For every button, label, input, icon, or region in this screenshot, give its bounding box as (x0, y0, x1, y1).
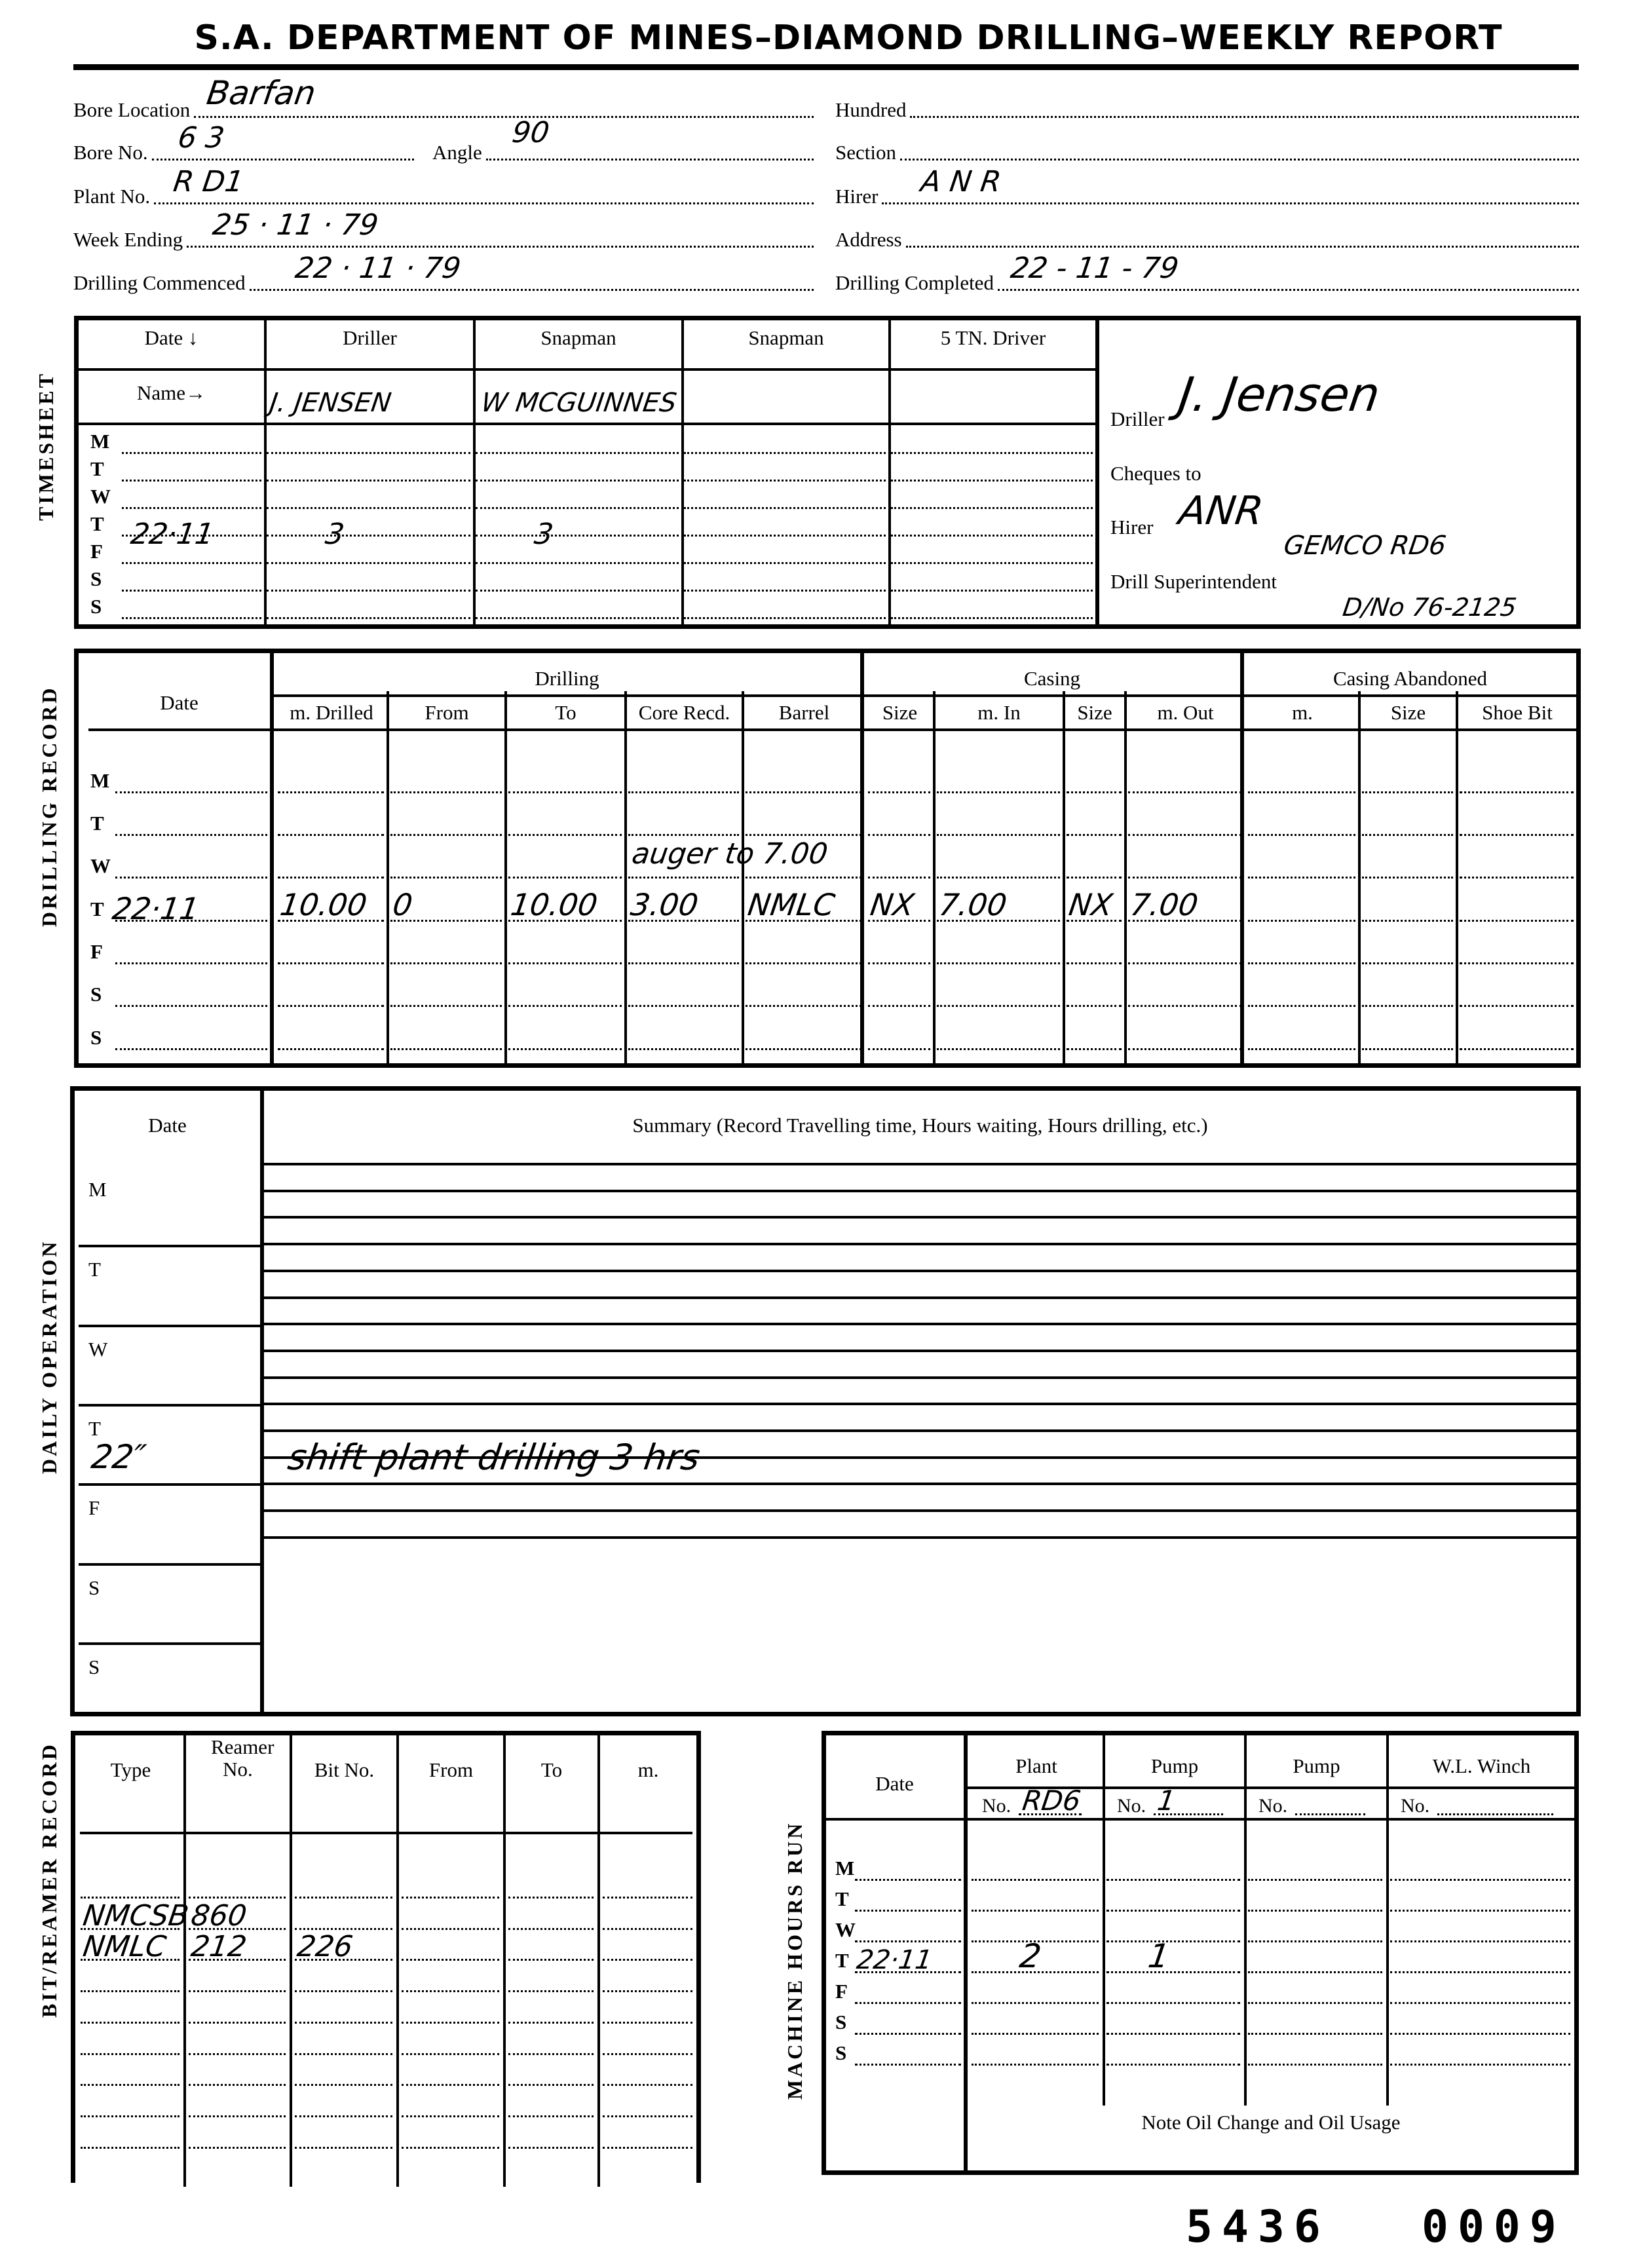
br-cell-line (603, 1928, 692, 1930)
mh-col-header: Pump (1105, 1754, 1244, 1778)
dr-cell-line (868, 1005, 930, 1007)
dr-cell-line (1362, 791, 1453, 793)
br-cell-line (295, 2115, 392, 2117)
dr-cell[interactable]: NX (1067, 887, 1115, 922)
mh-cell-line (1248, 1910, 1382, 1912)
serial-right: 0009 (1422, 2201, 1566, 2253)
dr-cell-line (508, 791, 622, 793)
dr-col-header: Core Recd. (627, 701, 742, 725)
dr-cell-line (868, 877, 930, 879)
dr-cell-line (746, 962, 861, 964)
mh-date-line (855, 1940, 961, 1942)
mh-date-line (855, 1879, 961, 1881)
ts-cell-line (267, 480, 470, 482)
mh-cell-line (1248, 2064, 1382, 2066)
dr-cell-line (1460, 920, 1574, 922)
dr-cell-line (746, 834, 861, 836)
br-cell-line (402, 1897, 499, 1899)
mh-cell-line (1248, 2002, 1382, 2004)
br-cell-line (295, 2053, 392, 2055)
dr-cell-line (1128, 791, 1241, 793)
section-field[interactable]: Section (835, 134, 1579, 166)
ts-day-label: M (90, 430, 109, 453)
ts-day-label: W (90, 485, 111, 508)
br-cell-line (402, 2022, 499, 2024)
address-field[interactable]: Address (835, 221, 1579, 253)
drilling-completed-label: Drilling Completed (835, 271, 994, 296)
br-cell-line (81, 1897, 180, 1899)
page-title: S.A. DEPARTMENT OF MINES–DIAMOND DRILLIN… (154, 18, 1543, 58)
ts-cell-line (476, 590, 679, 592)
mh-day-label: M (835, 1857, 854, 1880)
dr-cell[interactable]: NMLC (746, 887, 837, 922)
dr-cell-line (1248, 920, 1355, 922)
br-col-header: From (399, 1759, 503, 1781)
br-cell-line (508, 1959, 594, 1961)
mh-date-line (855, 2033, 961, 2035)
dr-cell-line (508, 834, 622, 836)
dr-cell-line (390, 962, 502, 964)
ts-cell-line (267, 590, 470, 592)
driller-signature[interactable]: J. Jensen (1175, 367, 1383, 422)
dr-cell-line (278, 877, 384, 879)
ts-day-label: S (90, 595, 102, 618)
dr-cell-line (628, 1048, 739, 1050)
dr-cell-line (390, 834, 502, 836)
br-cell-line (295, 2022, 392, 2024)
dr-cell-line (1362, 877, 1453, 879)
br-cell-line (402, 1990, 499, 1992)
dr-cell-line (1248, 877, 1355, 879)
dr-cell-line (1128, 962, 1241, 964)
dr-cell[interactable]: 3.00 (628, 887, 700, 922)
mh-date[interactable]: 22·11 (855, 1945, 934, 1975)
do-summary-line (264, 1216, 1576, 1219)
dr-cell-line (1248, 791, 1355, 793)
bore-no-value: 6 3 (176, 121, 226, 155)
mh-cell-line (1390, 2033, 1570, 2035)
ts-col-date: Date ↓ (79, 326, 264, 350)
dr-day-label: S (90, 983, 102, 1006)
br-cell-line (603, 1990, 692, 1992)
mh-col-header: Pump (1247, 1754, 1386, 1778)
ts-cell-line (476, 535, 679, 537)
mh-cell-line (1390, 1940, 1570, 1942)
ts-cell-line (476, 452, 679, 454)
do-summary-line (264, 1429, 1576, 1432)
dr-date-line (115, 877, 267, 879)
dr-cell-line (1248, 1048, 1355, 1050)
dr-annotation: auger to 7.00 (630, 837, 829, 871)
dr-cell-line (278, 1048, 384, 1050)
do-col-date: Date (75, 1114, 260, 1137)
ts-cell-line (684, 480, 886, 482)
mh-day-label: F (835, 1980, 848, 2003)
br-col-divider (183, 1735, 186, 2187)
mh-day-label: S (835, 2011, 846, 2034)
br-col-header: Type (78, 1759, 183, 1781)
ts-cell-line (267, 452, 470, 454)
ts-cell-line (684, 535, 886, 537)
do-col-summary: Summary (Record Travelling time, Hours w… (264, 1114, 1576, 1137)
do-day-label: M (88, 1178, 107, 1201)
br-cell-line (508, 2084, 594, 2086)
br-cell-line (603, 2147, 692, 2149)
dr-cell-line (937, 962, 1060, 964)
br-col-divider (290, 1735, 292, 2187)
br-col-divider (503, 1735, 506, 2187)
do-summary-line (264, 1536, 1576, 1539)
ts-day-label: S (90, 567, 102, 591)
mh-cell-line (1106, 2002, 1240, 2004)
dr-cell-line (868, 1048, 930, 1050)
mh-no-label: No. (982, 1795, 1011, 1817)
bore-location-value: Barfan (204, 74, 318, 112)
mh-col-header: Plant (970, 1754, 1103, 1778)
br-cell-line (189, 1897, 286, 1899)
br-cell-line (295, 2084, 392, 2086)
dr-col-header: To (507, 701, 624, 725)
br-cell-line (508, 2053, 594, 2055)
dr-day-label: M (90, 769, 109, 793)
br-cell-line (508, 1897, 594, 1899)
do-summary-line (264, 1350, 1576, 1352)
dr-cell-line (508, 1005, 622, 1007)
dr-cell-line (1362, 920, 1453, 922)
ts-cell-line (267, 535, 470, 537)
dr-cell-line (1067, 962, 1122, 964)
dr-col-header: Size (867, 701, 933, 725)
dr-cell-line (1460, 1005, 1574, 1007)
drilling-commenced-label: Drilling Commenced (73, 271, 246, 296)
br-cell[interactable]: NMLC (81, 1930, 168, 1963)
mh-cell-line (1106, 1879, 1240, 1881)
dr-day-label: W (90, 854, 111, 878)
drilling-commenced-value: 22 · 11 · 79 (293, 252, 463, 285)
ts-name-snapman-1[interactable]: W MCGUINNES (480, 388, 679, 418)
dr-date-line (115, 962, 267, 964)
ts-cell-line (891, 480, 1093, 482)
angle-value: 90 (510, 116, 551, 149)
machine-hours-side-label: MACHINE HOURS RUN (783, 1821, 807, 2100)
hundred-field[interactable]: Hundred (835, 92, 1579, 123)
mh-no-line (1437, 1813, 1553, 1815)
dr-cell[interactable]: 10.00 (278, 887, 369, 922)
do-date[interactable]: 22″ (89, 1438, 148, 1476)
ts-cell-line (476, 562, 679, 564)
ts-cell-line (684, 507, 886, 509)
dr-day-label: T (90, 898, 104, 921)
br-cell-line (81, 1990, 180, 1992)
dr-cell-line (278, 791, 384, 793)
dr-cell-line (1460, 877, 1574, 879)
angle-label: Angle (432, 141, 482, 166)
do-date-divider (79, 1483, 260, 1486)
br-col-header: To (506, 1759, 597, 1781)
br-cell-line (81, 2115, 180, 2117)
dr-cell-line (1248, 962, 1355, 964)
ts-cell-line (684, 452, 886, 454)
dr-cell[interactable]: 7.00 (1128, 887, 1200, 922)
mh-cell-line (972, 1879, 1099, 1881)
ts-driller-label: Driller (1110, 407, 1165, 431)
ts-cell-line (891, 590, 1093, 592)
dr-group-drilling: Drilling (274, 667, 860, 690)
dr-cell-line (937, 1048, 1060, 1050)
dr-cell-line (508, 962, 622, 964)
mh-cell-line (1106, 2064, 1240, 2066)
dr-cell-line (1460, 791, 1574, 793)
dr-cell-line (1128, 834, 1241, 836)
dr-col-header: m. Drilled (276, 701, 387, 725)
dr-cell-line (628, 791, 739, 793)
dr-cell-line (1362, 962, 1453, 964)
mh-no-line (1295, 1813, 1365, 1815)
dr-cell-line (390, 877, 502, 879)
do-date-divider (79, 1563, 260, 1566)
dr-cell-line (1362, 1048, 1453, 1050)
br-cell-line (295, 1897, 392, 1899)
do-summary-line (264, 1163, 1576, 1165)
mh-day-label: T (835, 1949, 849, 1973)
ts-day-label: T (90, 457, 104, 481)
mh-cell-line (1248, 1879, 1382, 1881)
hirer-field[interactable]: Hirer A N R (835, 178, 1579, 210)
mh-cell-line (972, 2064, 1099, 2066)
do-summary-line (264, 1243, 1576, 1245)
do-summary-line (264, 1296, 1576, 1299)
dr-cell-line (746, 1048, 861, 1050)
ts-cell-line (891, 617, 1093, 619)
drilling-completed-value: 22 - 11 - 79 (1008, 252, 1181, 285)
mh-no-value[interactable]: RD6 (1021, 1785, 1083, 1817)
mh-cell-line (1390, 1971, 1570, 1973)
ts-hirer-label: Hirer (1110, 516, 1153, 539)
br-cell-line (402, 1928, 499, 1930)
dr-cell-line (278, 834, 384, 836)
bit-reamer-side-label: BIT/REAMER RECORD (37, 1742, 62, 2018)
dr-date[interactable]: 22·11 (110, 891, 201, 926)
ts-col-snapman-2: Snapman (684, 326, 888, 350)
do-summary-line (264, 1403, 1576, 1405)
mh-footer-note: Note Oil Change and Oil Usage (968, 2111, 1574, 2134)
br-cell-line (603, 1897, 692, 1899)
dr-date-line (115, 1048, 267, 1050)
dr-col-header: m. (1247, 701, 1358, 725)
daily-operation-box (70, 1086, 1581, 1716)
dr-cell-line (390, 791, 502, 793)
bore-no-field[interactable]: Bore No. 6 3 (73, 134, 414, 166)
br-cell-line (81, 2147, 180, 2149)
ts-name-driller[interactable]: J. JENSEN (268, 388, 393, 418)
machine-hours-box (822, 1731, 1579, 2175)
dr-cell-line (1362, 1005, 1453, 1007)
br-cell-line (508, 1990, 594, 1992)
br-cell-line (189, 2147, 286, 2149)
serial-left: 5436 (1186, 2201, 1330, 2253)
timesheet-box (74, 316, 1581, 629)
ts-col-driver: 5 TN. Driver (891, 326, 1095, 350)
dr-cell-line (390, 1005, 502, 1007)
br-cell-line (295, 1990, 392, 1992)
dr-cell[interactable]: NX (868, 887, 917, 922)
dr-cell-line (508, 1048, 622, 1050)
dr-cell-line (1067, 791, 1122, 793)
ts-hirer-note: GEMCO RD6 (1282, 531, 1448, 561)
dr-cell-line (508, 877, 622, 879)
dr-date-line (115, 1005, 267, 1007)
hirer-value: A N R (919, 165, 1004, 198)
br-cell-line (295, 2147, 392, 2149)
ts-cell-line (891, 452, 1093, 454)
section-label: Section (835, 141, 896, 166)
ts-superintendent-label: Drill Superintendent (1110, 570, 1277, 594)
plant-no-value: R D1 (172, 165, 246, 198)
br-cell-line (81, 2022, 180, 2024)
angle-field[interactable]: Angle 90 (432, 134, 814, 166)
br-cell-line (402, 1959, 499, 1961)
br-cell-line (402, 2053, 499, 2055)
dr-group-casing: Casing (864, 667, 1240, 690)
dr-col-header: Shoe Bit (1458, 701, 1576, 725)
ts-cell-line (267, 617, 470, 619)
mh-col-date: Date (825, 1772, 964, 1796)
mh-cell-line (1106, 1971, 1240, 1973)
ts-name-label: Name→ (79, 381, 264, 405)
ts-cell-line (891, 535, 1093, 537)
dr-cell-line (1067, 877, 1122, 879)
br-cell-line (189, 2115, 286, 2117)
dr-cell-line (1067, 1005, 1122, 1007)
dr-cell-line (1128, 1048, 1241, 1050)
dr-cell-line (1460, 834, 1574, 836)
mh-day-label: T (835, 1887, 849, 1911)
plant-no-field[interactable]: Plant No. R D1 (73, 178, 814, 210)
week-ending-value: 25 · 11 · 79 (211, 208, 381, 242)
hirer-label: Hirer (835, 185, 878, 210)
dr-col-header: From (389, 701, 504, 725)
do-day-label: W (88, 1338, 107, 1361)
do-summary-line (264, 1323, 1576, 1325)
br-cell-line (189, 2022, 286, 2024)
mh-day-label: W (835, 1918, 856, 1942)
dr-cell-line (628, 962, 739, 964)
br-cell[interactable]: 212 (189, 1930, 248, 1963)
dr-cell-line (390, 1048, 502, 1050)
mh-cell-line (1106, 2033, 1240, 2035)
mh-cell-line (972, 2002, 1099, 2004)
dr-col-header: Barrel (744, 701, 864, 725)
drilling-commenced-field[interactable]: Drilling Commenced 22 · 11 · 79 (73, 265, 814, 296)
do-summary-line (264, 1483, 1576, 1485)
mh-no-label: No. (1117, 1795, 1146, 1817)
dr-cell-line (1067, 1048, 1122, 1050)
mh-cell-line (972, 1910, 1099, 1912)
br-cell-line (603, 2053, 692, 2055)
br-cell-line (603, 2022, 692, 2024)
ts-cell-line (891, 562, 1093, 564)
mh-cell-line (1390, 1910, 1570, 1912)
dr-cell-line (1128, 1005, 1241, 1007)
ts-cell-line (122, 480, 261, 482)
dr-cell-line (868, 791, 930, 793)
do-summary-line (264, 1509, 1576, 1512)
ts-cell-line (267, 562, 470, 564)
ts-cell-line (267, 507, 470, 509)
drilling-completed-field[interactable]: Drilling Completed 22 - 11 - 79 (835, 265, 1579, 296)
br-col-divider (396, 1735, 399, 2187)
br-cell[interactable]: 860 (189, 1899, 248, 1933)
mh-no-label: No. (1258, 1795, 1287, 1817)
mh-date-line (855, 2002, 961, 2004)
mh-cell-line (1390, 2002, 1570, 2004)
br-cell-line (508, 1928, 594, 1930)
ts-col-snapman-1: Snapman (476, 326, 681, 350)
dr-group-casing-abandoned: Casing Abandoned (1244, 667, 1576, 690)
br-cell[interactable]: 226 (295, 1930, 354, 1963)
do-day-label: T (88, 1417, 101, 1441)
dr-cell-line (1248, 1005, 1355, 1007)
mh-cell-line (1390, 1879, 1570, 1881)
hundred-label: Hundred (835, 98, 906, 123)
dr-cell-line (278, 962, 384, 964)
mh-cell-line (1248, 2033, 1382, 2035)
dr-cell[interactable]: 10.00 (508, 887, 599, 922)
mh-cell-line (1106, 1910, 1240, 1912)
dr-cell-line (937, 877, 1060, 879)
ts-hirer-value[interactable]: ANR (1176, 488, 1266, 534)
ts-cell-line (476, 507, 679, 509)
br-col-header: Bit No. (292, 1759, 396, 1781)
mh-col-header: W.L. Winch (1389, 1754, 1574, 1778)
mh-cell-line (1390, 2064, 1570, 2066)
br-cell-line (402, 2147, 499, 2149)
dr-col-header: m. In (936, 701, 1063, 725)
ts-cheques-label: Cheques to (1110, 462, 1201, 485)
br-cell-line (402, 2084, 499, 2086)
mh-cell-line (1106, 1940, 1240, 1942)
week-ending-field[interactable]: Week Ending 25 · 11 · 79 (73, 221, 814, 253)
bore-location-field[interactable]: Bore Location Barfan (73, 92, 814, 123)
dr-cell-line (746, 791, 861, 793)
ts-cell-line (122, 507, 261, 509)
address-label: Address (835, 228, 902, 253)
dr-cell-line (628, 1005, 739, 1007)
ts-cell-line (122, 617, 261, 619)
do-day-label: T (88, 1258, 101, 1281)
ts-day-label: F (90, 540, 103, 563)
mh-cell-line (972, 2033, 1099, 2035)
ts-cell-date[interactable]: 22·11 (128, 518, 216, 551)
plant-no-label: Plant No. (73, 185, 150, 210)
ts-superintendent-note: D/No 76-2125 (1341, 593, 1519, 622)
ts-day-label: T (90, 512, 104, 536)
ts-cell-line (684, 617, 886, 619)
mh-cell-line (1248, 1940, 1382, 1942)
dr-col-header: Size (1361, 701, 1456, 725)
do-date-divider (79, 1245, 260, 1247)
mh-date-line (855, 1910, 961, 1912)
dr-col-date: Date (88, 691, 270, 715)
dr-cell-line (278, 1005, 384, 1007)
do-day-label: F (88, 1496, 100, 1520)
dr-cell-line (937, 791, 1060, 793)
dr-cell-line (746, 877, 861, 879)
mh-no-label: No. (1401, 1795, 1429, 1817)
dr-cell[interactable]: 7.00 (937, 887, 1009, 922)
ts-cell-line (476, 480, 679, 482)
br-cell[interactable]: NMCSB (81, 1899, 191, 1933)
